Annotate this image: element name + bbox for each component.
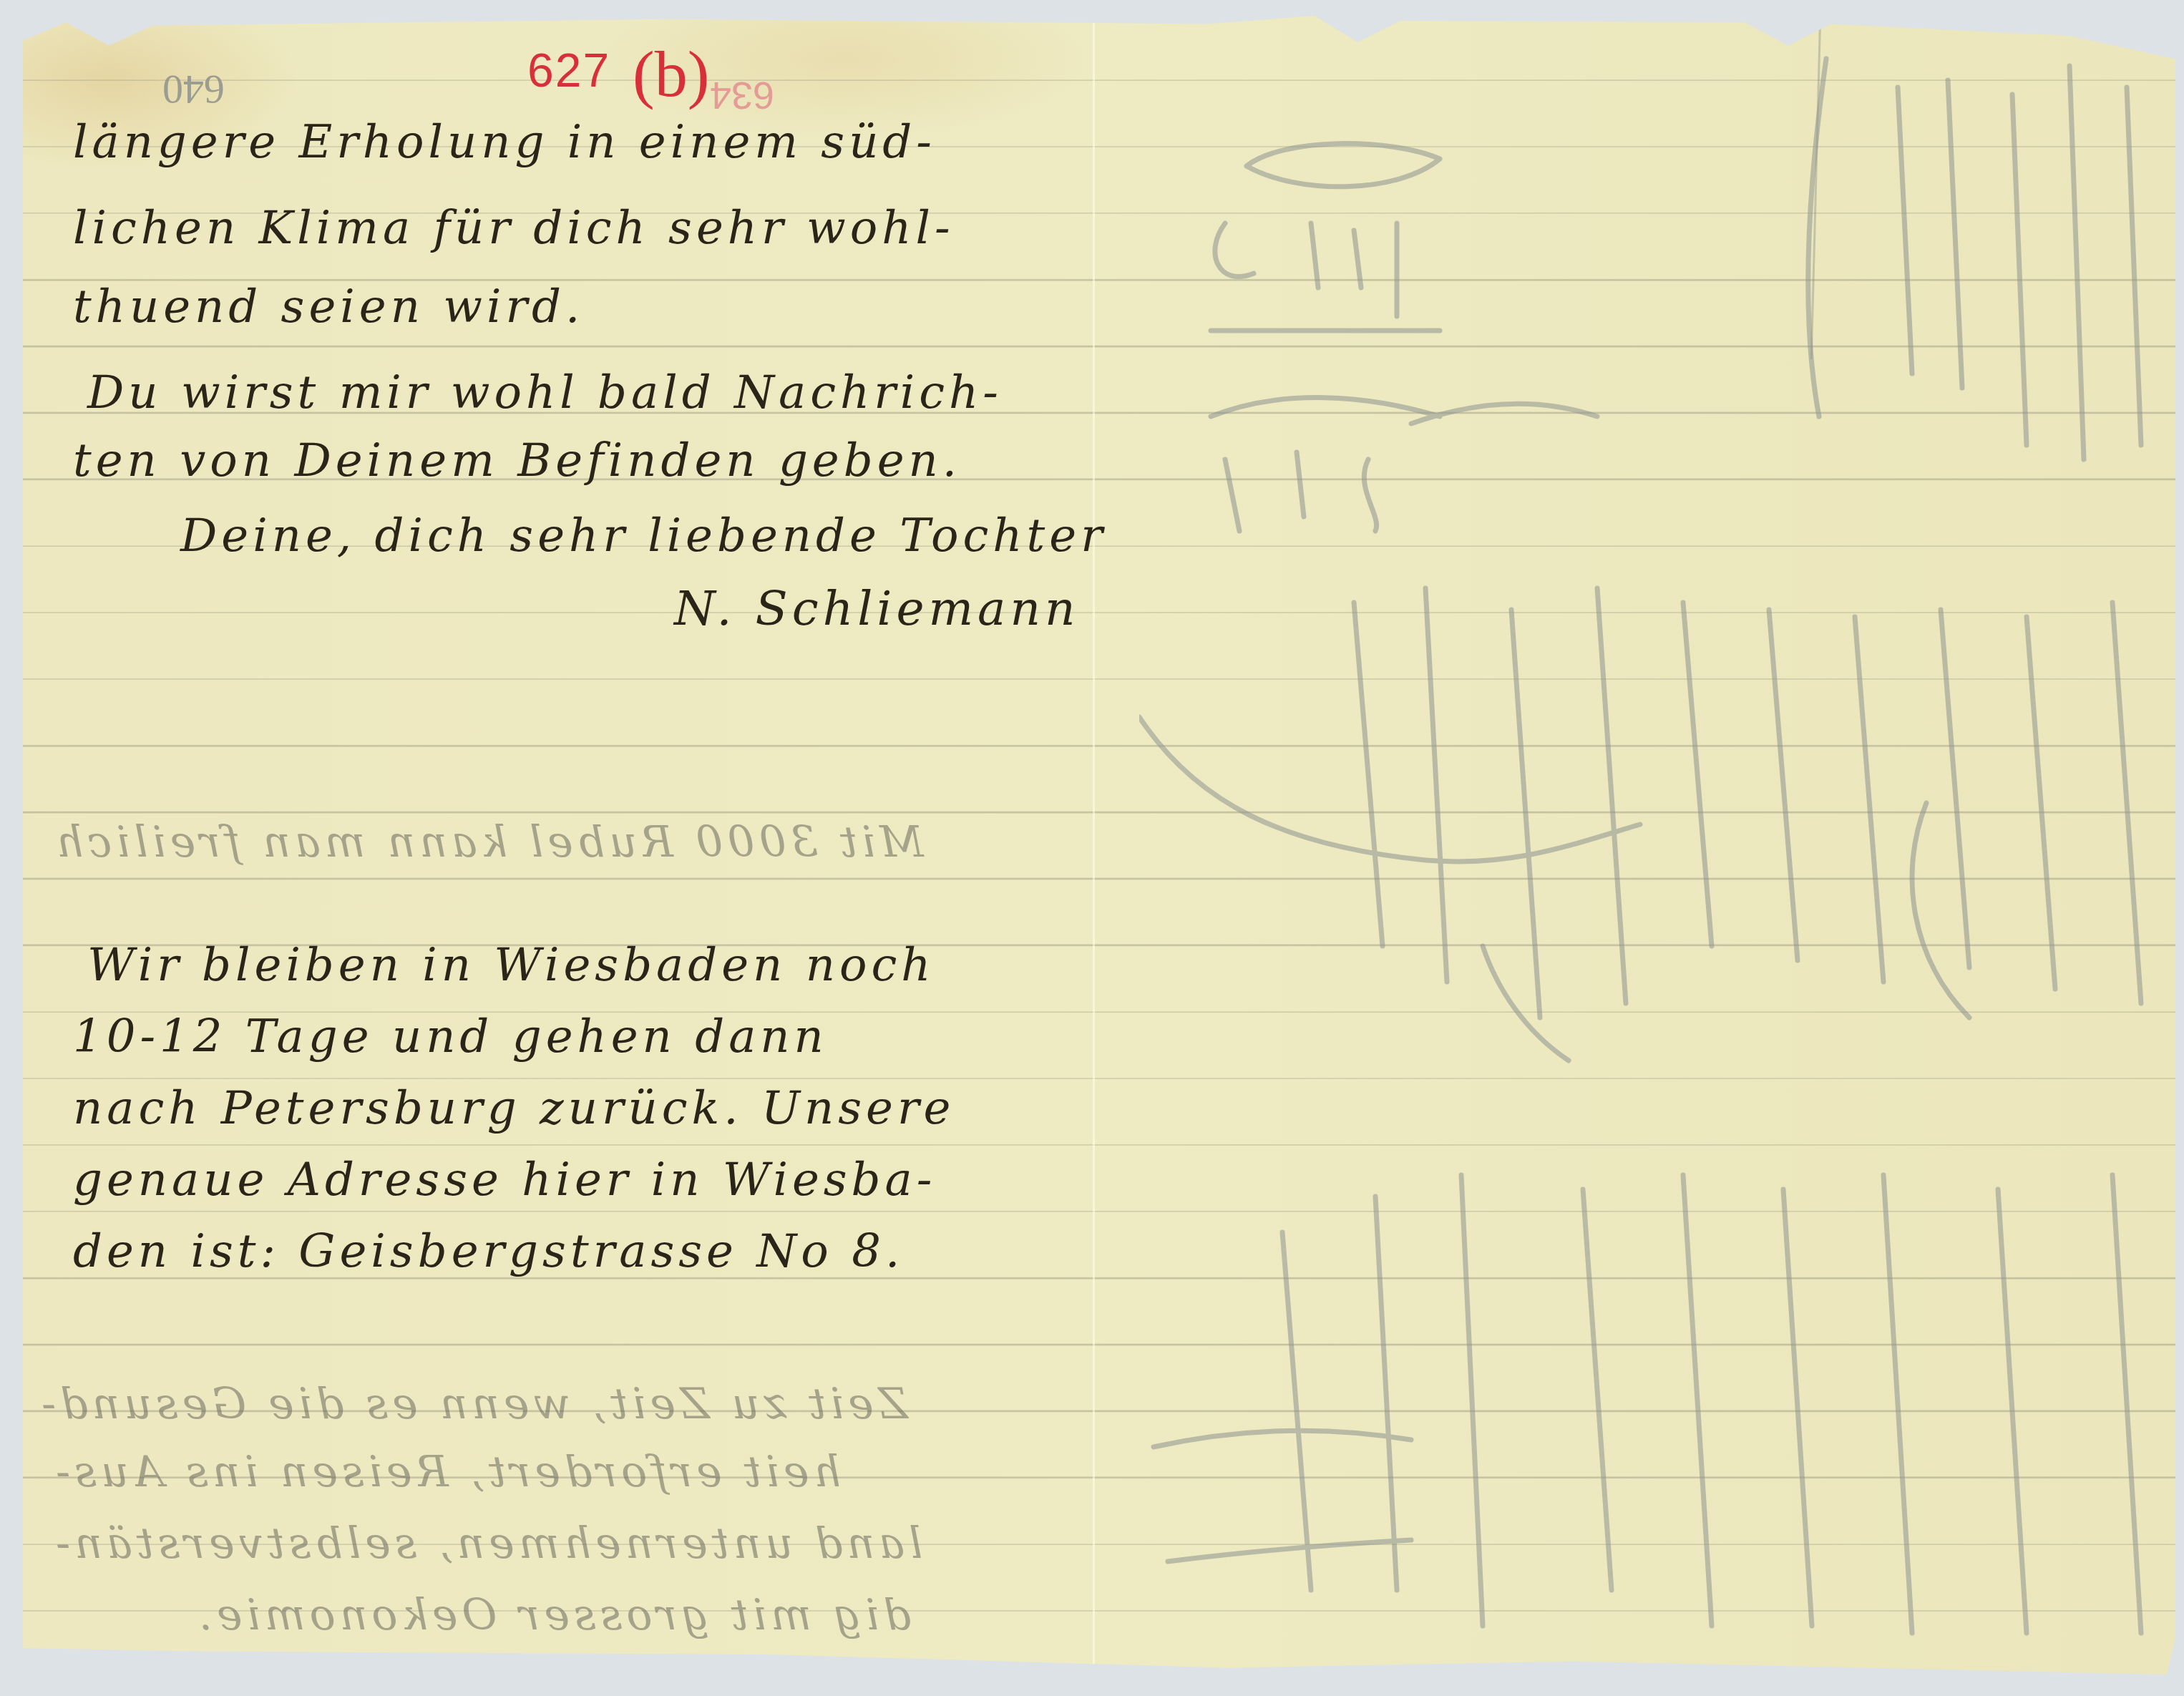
show-through-line: heit erfordert, Reisen ins Aus- (52, 1447, 841, 1497)
show-through-line: Mit 3000 Rubel kann man freilich (52, 817, 924, 867)
paper-crease (1093, 16, 1095, 1675)
letter-line: nach Petersburg zurück. Unsere (73, 1082, 955, 1135)
letter-line: Du wirst mir wohl bald Nachrich- (87, 366, 1003, 419)
letter-line: längere Erholung in einem süd- (73, 116, 936, 169)
letter-line: ten von Deinem Befinden geben. (73, 434, 961, 487)
pencil-scribbles-graphic (1139, 16, 2184, 1675)
letter-line: Wir bleiben in Wiesbaden noch (87, 939, 935, 992)
show-through-line: land unternehmen, selbstverstän- (52, 1519, 922, 1569)
letter-line: thuend seien wird. (73, 281, 584, 333)
red-catalog-suffix: (b) (633, 36, 709, 112)
letter-line: lichen Klima für dich sehr wohl- (73, 202, 955, 255)
letter-line: genaue Adresse hier in Wiesba- (73, 1154, 936, 1207)
show-through-line: Zeit zu Zeit, wenn es die Gesund- (37, 1379, 908, 1429)
pencil-calculations (1139, 16, 2184, 1675)
show-through-line: dig mit grosser Oekonomie. (195, 1590, 911, 1640)
letter-paper: 640 627 (b) 634 Mit 3000 Rubel kann man … (23, 16, 2175, 1675)
letter-line: den ist: Geisbergstrasse No 8. (73, 1225, 904, 1278)
red-catalog-number: 627 (527, 43, 610, 97)
signature: N. Schliemann (674, 581, 1079, 636)
pencil-folio-number: 640 (162, 66, 225, 114)
closing-line: Deine, dich sehr liebende Tochter (180, 510, 1107, 562)
faded-red-number: 634 (710, 73, 774, 117)
letter-line: 10-12 Tage und gehen dann (73, 1010, 828, 1063)
